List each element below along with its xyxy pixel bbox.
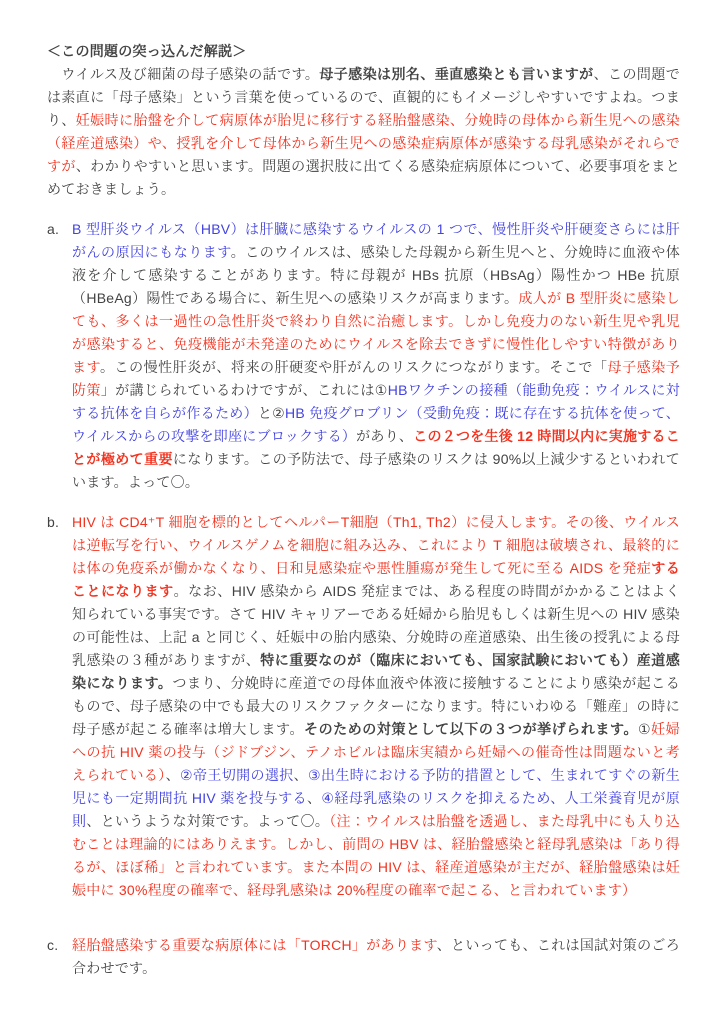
- text-segment: 、: [294, 767, 308, 783]
- text-segment: ②帝王切開の選択: [180, 767, 294, 783]
- list-item-a: a. B 型肝炎ウイルス（HBV）は肝臓に感染するウイルスの 1 つで、慢性肝炎…: [47, 218, 680, 494]
- list-marker-b: b.: [47, 511, 72, 534]
- item-b-text: HIV は CD4⁺T 細胞を標的としてヘルパーT細胞（Th1, Th2）に侵入…: [72, 511, 680, 902]
- list-marker-a: a.: [47, 218, 72, 241]
- text-segment: ウイルス及び細菌の母子感染の話です。: [47, 66, 319, 82]
- text-segment: 、というような対策です。よって〇。: [86, 813, 329, 829]
- item-c-text: 経胎盤感染する重要な病原体には「TORCH」があります、といっても、これは国試対…: [72, 934, 680, 980]
- text-segment: 経胎盤感染する重要な病原体には「TORCH」があります: [72, 937, 437, 953]
- text-segment: 。この慢性肝炎が、将来の肝硬変や肝がんのリスクにつながります。そこで「: [100, 359, 608, 375]
- item-a-text: B 型肝炎ウイルス（HBV）は肝臓に感染するウイルスの 1 つで、慢性肝炎や肝硬…: [72, 218, 680, 494]
- list-item-c: c. 経胎盤感染する重要な病原体には「TORCH」があります、といっても、これは…: [47, 934, 680, 980]
- document-page: ＜この問題の突っ込んだ解説＞ ウイルス及び細菌の母子感染の話です。母子感染は別名…: [0, 0, 724, 1024]
- text-segment: 、わかりやすいと思います。問題の選択肢に出てくる感染症病原体について、必要事項を…: [47, 158, 680, 197]
- text-segment: 」が講じられているわけですが、これには①: [101, 382, 388, 398]
- text-segment: ①: [638, 721, 651, 737]
- intro-paragraph: ウイルス及び細菌の母子感染の話です。母子感染は別名、垂直感染とも言いますが、この…: [47, 63, 680, 201]
- text-segment: そのための対策として以下の３つが挙げられます。: [304, 721, 638, 737]
- text-segment: があり、: [356, 428, 413, 444]
- text-segment: HIV は CD4⁺T 細胞を標的としてヘルパーT細胞（Th1, Th2）に侵入…: [72, 514, 680, 576]
- text-segment: と②: [258, 405, 285, 421]
- page-title: ＜この問題の突っ込んだ解説＞: [47, 40, 680, 63]
- text-segment: 母子感染は別名、垂直感染とも言いますが: [319, 66, 593, 82]
- list-item-b: b. HIV は CD4⁺T 細胞を標的としてヘルパーT細胞（Th1, Th2）…: [47, 511, 680, 902]
- list-marker-c: c.: [47, 934, 72, 957]
- text-segment: 、: [307, 790, 321, 806]
- text-segment: 、: [166, 767, 180, 783]
